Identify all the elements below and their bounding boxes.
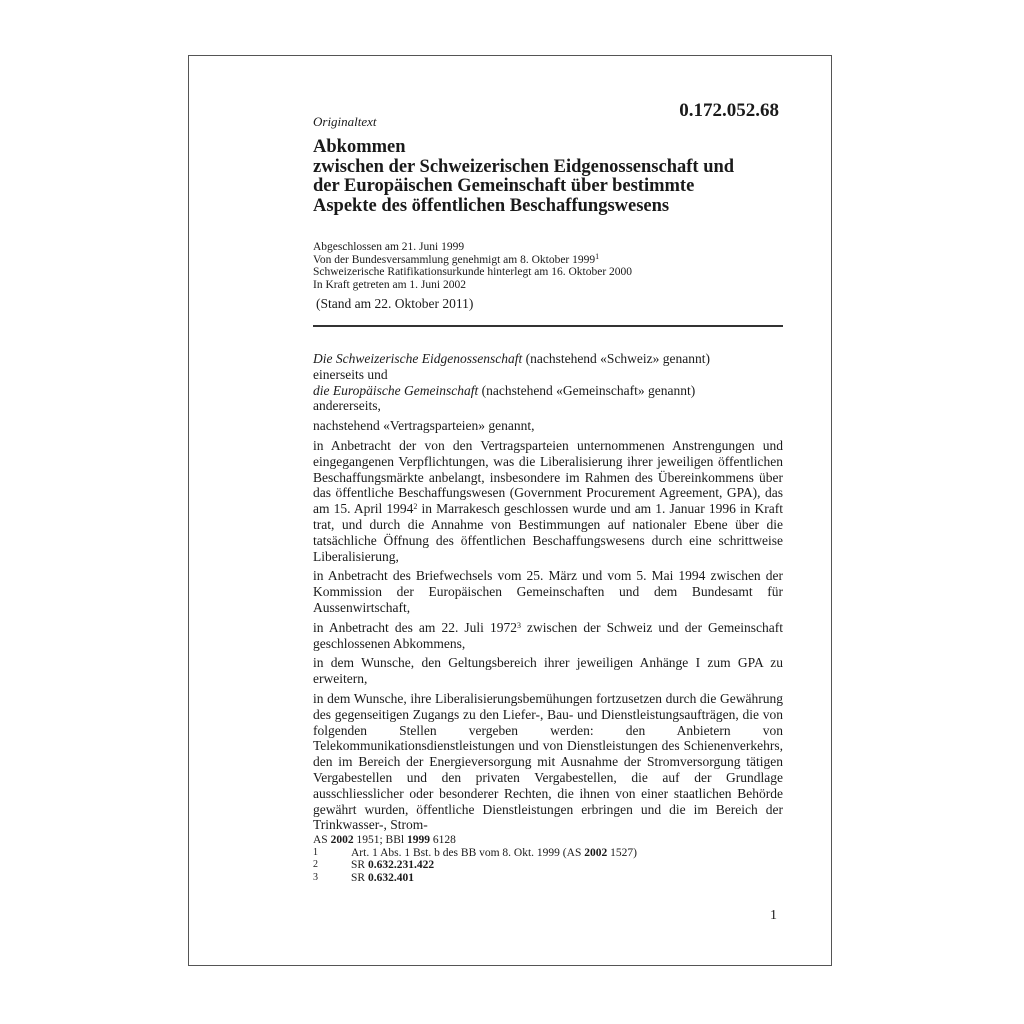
document-meta: Abgeschlossen am 21. Juni 1999 Von der B… xyxy=(313,241,632,291)
recital-5: in dem Wunsche, ihre Liberalisierungsbem… xyxy=(313,691,783,833)
contracting-parties: nachstehend «Vertragsparteien» genannt, xyxy=(313,418,783,434)
recital-3: in Anbetracht des am 22. Juli 19723 zwis… xyxy=(313,620,783,652)
title-line: Aspekte des öffentlichen Beschaffungswes… xyxy=(313,197,793,217)
footnote-1: 1Art. 1 Abs. 1 Bst. b des BB vom 8. Okt.… xyxy=(313,847,783,860)
document-page: Originaltext 0.172.052.68 Abkommen zwisc… xyxy=(188,55,832,966)
party-2: die Europäische Gemeinschaft (nachstehen… xyxy=(313,383,783,399)
footnote-2: 2SR 0.632.231.422 xyxy=(313,859,783,872)
source-reference: AS 2002 1951; BBl 1999 6128 xyxy=(313,834,783,847)
on-other-side: andererseits, xyxy=(313,398,783,414)
recital-4: in dem Wunsche, den Geltungsbereich ihre… xyxy=(313,655,783,687)
concluded-date: Abgeschlossen am 21. Juni 1999 xyxy=(313,241,632,254)
original-text-label: Originaltext xyxy=(313,114,377,130)
title-line: der Europäischen Gemeinschaft über besti… xyxy=(313,177,793,197)
document-title: Abkommen zwischen der Schweizerischen Ei… xyxy=(313,138,793,216)
recital-1: in Anbetracht der von den Vertragspartei… xyxy=(313,438,783,564)
footnote-ref[interactable]: 1 xyxy=(595,252,599,261)
page-number: 1 xyxy=(770,908,777,924)
party-1: Die Schweizerische Eidgenossenschaft (na… xyxy=(313,351,783,367)
recital-2: in Anbetracht des Briefwechsels vom 25. … xyxy=(313,568,783,615)
title-line: Abkommen xyxy=(313,138,793,158)
ratified-date: Schweizerische Ratifikationsurkunde hint… xyxy=(313,266,632,279)
sr-number: 0.172.052.68 xyxy=(679,100,779,122)
approved-date: Von der Bundesversammlung genehmigt am 8… xyxy=(313,254,632,267)
footnote-3: 3SR 0.632.401 xyxy=(313,872,783,885)
preamble: Die Schweizerische Eidgenossenschaft (na… xyxy=(313,351,783,837)
title-line: zwischen der Schweizerischen Eidgenossen… xyxy=(313,158,793,178)
footnotes: AS 2002 1951; BBl 1999 6128 1Art. 1 Abs.… xyxy=(313,834,783,884)
on-one-side: einerseits und xyxy=(313,367,783,383)
in-force-date: In Kraft getreten am 1. Juni 2002 xyxy=(313,279,632,292)
header-divider xyxy=(313,325,783,327)
status-date: (Stand am 22. Oktober 2011) xyxy=(316,296,473,312)
